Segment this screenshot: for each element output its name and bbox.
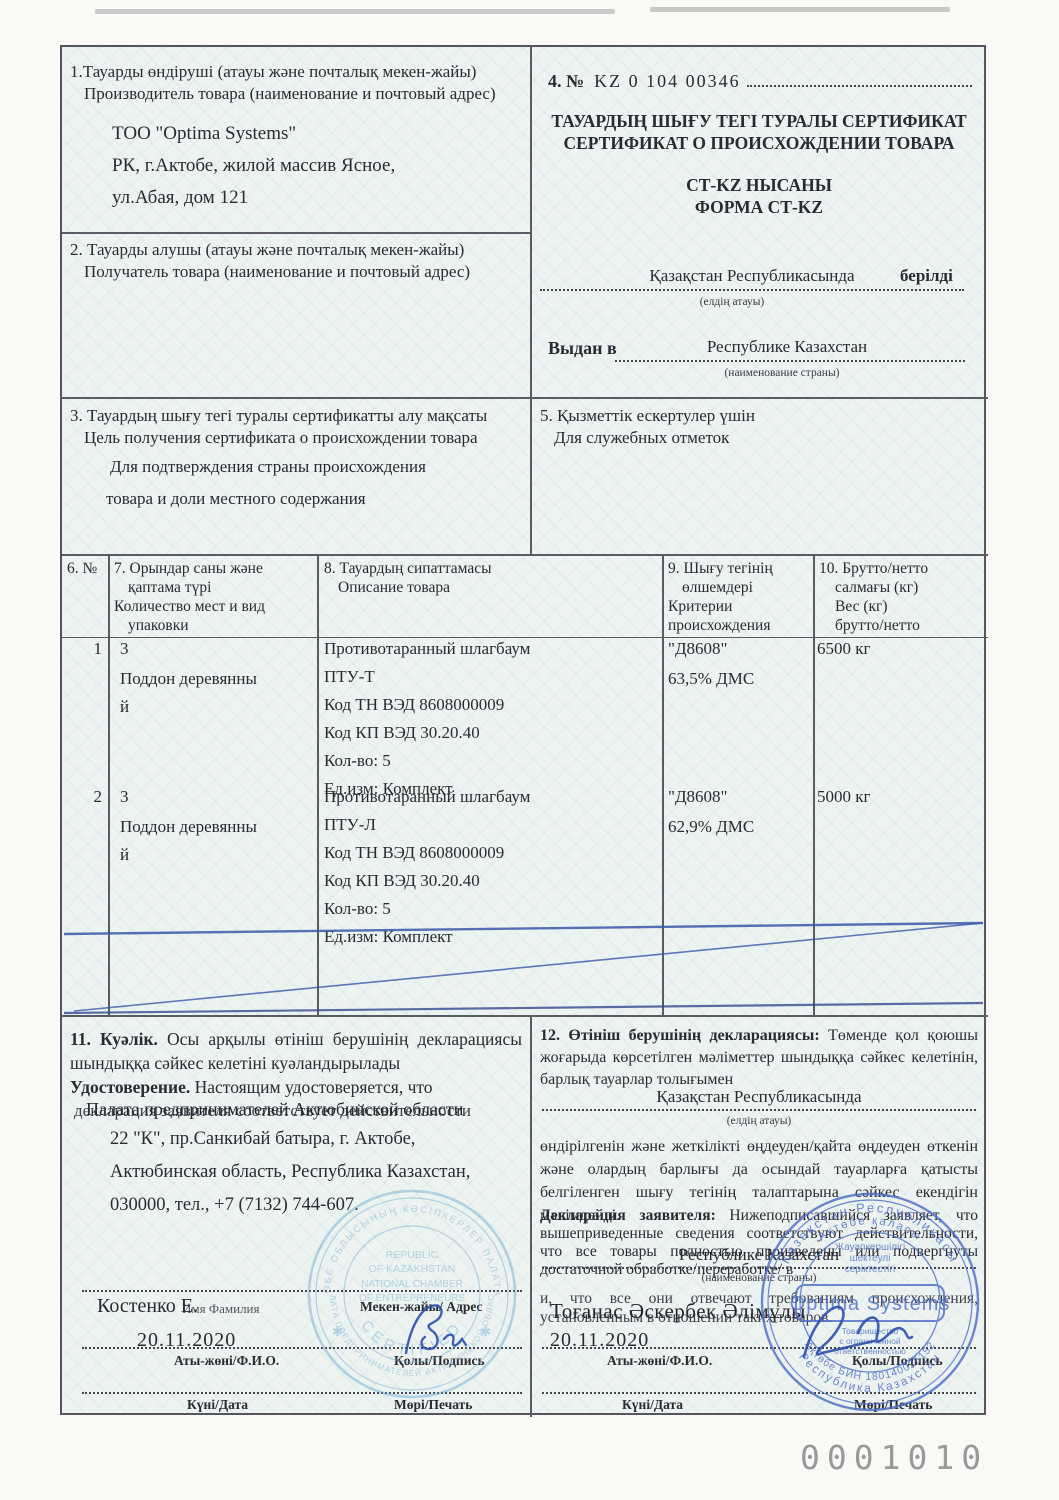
pen-cancellation-line xyxy=(62,907,988,1022)
row-desc-line: ПТУ-Л xyxy=(324,815,376,835)
certificate-document: 1.Тауарды өндіруші (атауы және почталық … xyxy=(60,45,986,1415)
purpose-line: товара и доли местного содержания xyxy=(106,489,366,509)
declared-country-kk: Қазақстан Республикасында xyxy=(540,1087,978,1107)
certificate-number: KZ 0 104 00346 xyxy=(594,71,741,92)
country-hint-kk: (елдің атауы) xyxy=(540,1115,978,1127)
issued-country-kk: Қазақстан Республикасында xyxy=(602,266,902,286)
divider xyxy=(62,554,988,556)
row-packing-line: Поддон деревянны xyxy=(120,669,257,689)
applicant-date: 20.11.2020 xyxy=(550,1329,649,1352)
row-packing-line: й xyxy=(120,697,129,717)
box11-label-ru: Удостоверение. xyxy=(70,1077,190,1097)
certificate-number-row: 4. № KZ 0 104 00346 xyxy=(548,71,972,92)
producer-name: ТОО "Optima Systems" xyxy=(112,123,296,145)
divider xyxy=(530,1015,532,1417)
certifier-date: 20.11.2020 xyxy=(137,1329,236,1352)
box11-certification-text: 11. Куәлік. Осы арқылы өтініш берушінің … xyxy=(70,1027,522,1099)
issued-country-ru: Республике Казахстан xyxy=(622,337,952,357)
row-packing-line: 3 xyxy=(120,639,129,659)
row-weight: 6500 кг xyxy=(817,639,870,659)
divider xyxy=(62,637,988,638)
scan-streak xyxy=(650,7,950,12)
date-label: Күні/Дата xyxy=(622,1397,683,1413)
col-header-packing: 7. Орындар саны және қаптама түрі Количе… xyxy=(114,559,314,635)
col-header-no: 6. № xyxy=(67,559,107,578)
stamp-center-line: NATIONAL CHAMBER xyxy=(361,1279,463,1290)
authority-address-line: Актюбинская область, Республика Казахста… xyxy=(110,1162,470,1183)
box2-label-ru: Получатель товара (наименование и почтов… xyxy=(84,261,524,282)
issuing-authority-name: Палата предпринимателей Актюбинской обла… xyxy=(86,1099,463,1120)
box12-declaration-intro: 12. Өтініш берушінің декларациясы: Төмен… xyxy=(540,1025,978,1091)
box1-label-kk: 1.Тауарды өндіруші (атауы және почталық … xyxy=(70,61,525,82)
certificate-title-kk: ТАУАРДЫҢ ШЫҒУ ТЕГІ ТУРАЛЫ СЕРТИФИКАТ xyxy=(530,111,988,132)
form-serial-number: 0001010 xyxy=(800,1438,988,1477)
certificate-number-label: 4. № xyxy=(548,71,584,92)
stamp-center-line: шектеулі xyxy=(850,1253,891,1264)
producer-address-line: РК, г.Актобе, жилой массив Ясное, xyxy=(112,155,395,177)
producer-address-line: ул.Абая, дом 121 xyxy=(112,187,248,209)
row-packing-line: 3 xyxy=(120,787,129,807)
certifier-signature xyxy=(392,1299,482,1369)
dotted-line xyxy=(542,1109,976,1111)
authority-address-line: 22 "К", пр.Санкибай батыра, г. Актобе, xyxy=(110,1129,415,1150)
stamp-center-line: Жауапкершілігі xyxy=(835,1242,905,1253)
row-packing-line: Поддон деревянны xyxy=(120,817,257,837)
stamp-center-line: OF KAZAKHSTAN xyxy=(369,1263,456,1275)
row-desc-line: ПТУ-Т xyxy=(324,667,375,687)
issued-hint-ru: (наименование страны) xyxy=(642,367,922,379)
divider xyxy=(62,397,988,399)
row-packing-line: й xyxy=(120,845,129,865)
date-label: Күні/Дата xyxy=(187,1397,248,1413)
box11-overlapped-lines: декларация заявителя соответствует дейст… xyxy=(70,1099,525,1123)
row-criteria-line: 63,5% ДМС xyxy=(668,669,754,689)
box3-label-ru: Цель получения сертификата о происхожден… xyxy=(84,427,524,448)
col-header-weight: 10. Брутто/нетто салмағы (кг) Вес (кг) б… xyxy=(819,559,984,635)
chamber-stamp: АҚТӨБЕ ОБЛЫСЫНЫҢ КӘСІПКЕРЛЕР ПАЛАТАСЫ ПА… xyxy=(302,1184,522,1404)
dotted-leader xyxy=(747,71,972,87)
row-desc-line: Противотаранный шлагбаум xyxy=(324,639,530,659)
dotted-line xyxy=(540,289,964,291)
box1-label-ru: Производитель товара (наименование и поч… xyxy=(84,83,524,104)
name-label: Аты-жөні/Ф.И.О. xyxy=(174,1353,279,1369)
box5-label-ru: Для служебных отметок xyxy=(554,427,974,448)
row-desc-line: Противотаранный шлагбаум xyxy=(324,787,530,807)
applicant-signature xyxy=(782,1295,932,1375)
row-criteria-line: 62,9% ДМС xyxy=(668,817,754,837)
certifier-name: Костенко Е. xyxy=(97,1295,198,1318)
divider xyxy=(62,232,530,234)
row-desc-line: Код КП ВЭД 30.20.40 xyxy=(324,871,480,891)
stamp-center-line: серіктестігі xyxy=(845,1264,896,1275)
row-criteria-line: "Д8608" xyxy=(668,639,727,659)
row-criteria-line: "Д8608" xyxy=(668,787,727,807)
box2-label-kk: 2. Тауарды алушы (атауы және почталық ме… xyxy=(70,239,525,260)
stamp-star: ✱ xyxy=(332,1324,343,1339)
box3-label-kk: 3. Тауардың шығу тегі туралы сертификатт… xyxy=(70,405,525,426)
col-header-description: 8. Тауардың сипаттамасы Описание товара xyxy=(324,559,654,597)
dotted-line xyxy=(615,360,965,362)
row-desc-line: Код КП ВЭД 30.20.40 xyxy=(324,723,480,743)
row-weight: 5000 кг xyxy=(817,787,870,807)
purpose-line: Для подтверждения страны происхождения xyxy=(110,457,426,477)
row-no: 1 xyxy=(64,639,102,659)
scan-streak xyxy=(95,9,615,14)
issued-prefix-ru: Выдан в xyxy=(548,338,617,359)
issued-hint-kk: (елдің атауы) xyxy=(602,296,862,308)
col-header-criteria: 9. Шығу тегінің өлшемдері Критерии проис… xyxy=(668,559,810,635)
box5-label-kk: 5. Қызметтік ескертулер үшін xyxy=(540,405,980,426)
form-name-ru: ФОРМА СТ-KZ xyxy=(530,197,988,218)
row-desc-line: Код ТН ВЭД 8608000009 xyxy=(324,843,504,863)
row-no: 2 xyxy=(64,787,102,807)
box11-label-kk: 11. Куәлік. xyxy=(70,1029,158,1049)
certificate-title-ru: СЕРТИФИКАТ О ПРОИСХОЖДЕНИИ ТОВАРА xyxy=(530,133,988,154)
form-name-kk: СТ-KZ НЫСАНЫ xyxy=(530,175,988,196)
stamp-center-line: REPUBLIC xyxy=(386,1249,439,1261)
row-desc-line: Кол-во: 5 xyxy=(324,751,391,771)
row-desc-line: Код ТН ВЭД 8608000009 xyxy=(324,695,504,715)
issued-word-kk: берілді xyxy=(900,266,953,286)
name-label: Аты-жөні/Ф.И.О. xyxy=(607,1353,712,1369)
